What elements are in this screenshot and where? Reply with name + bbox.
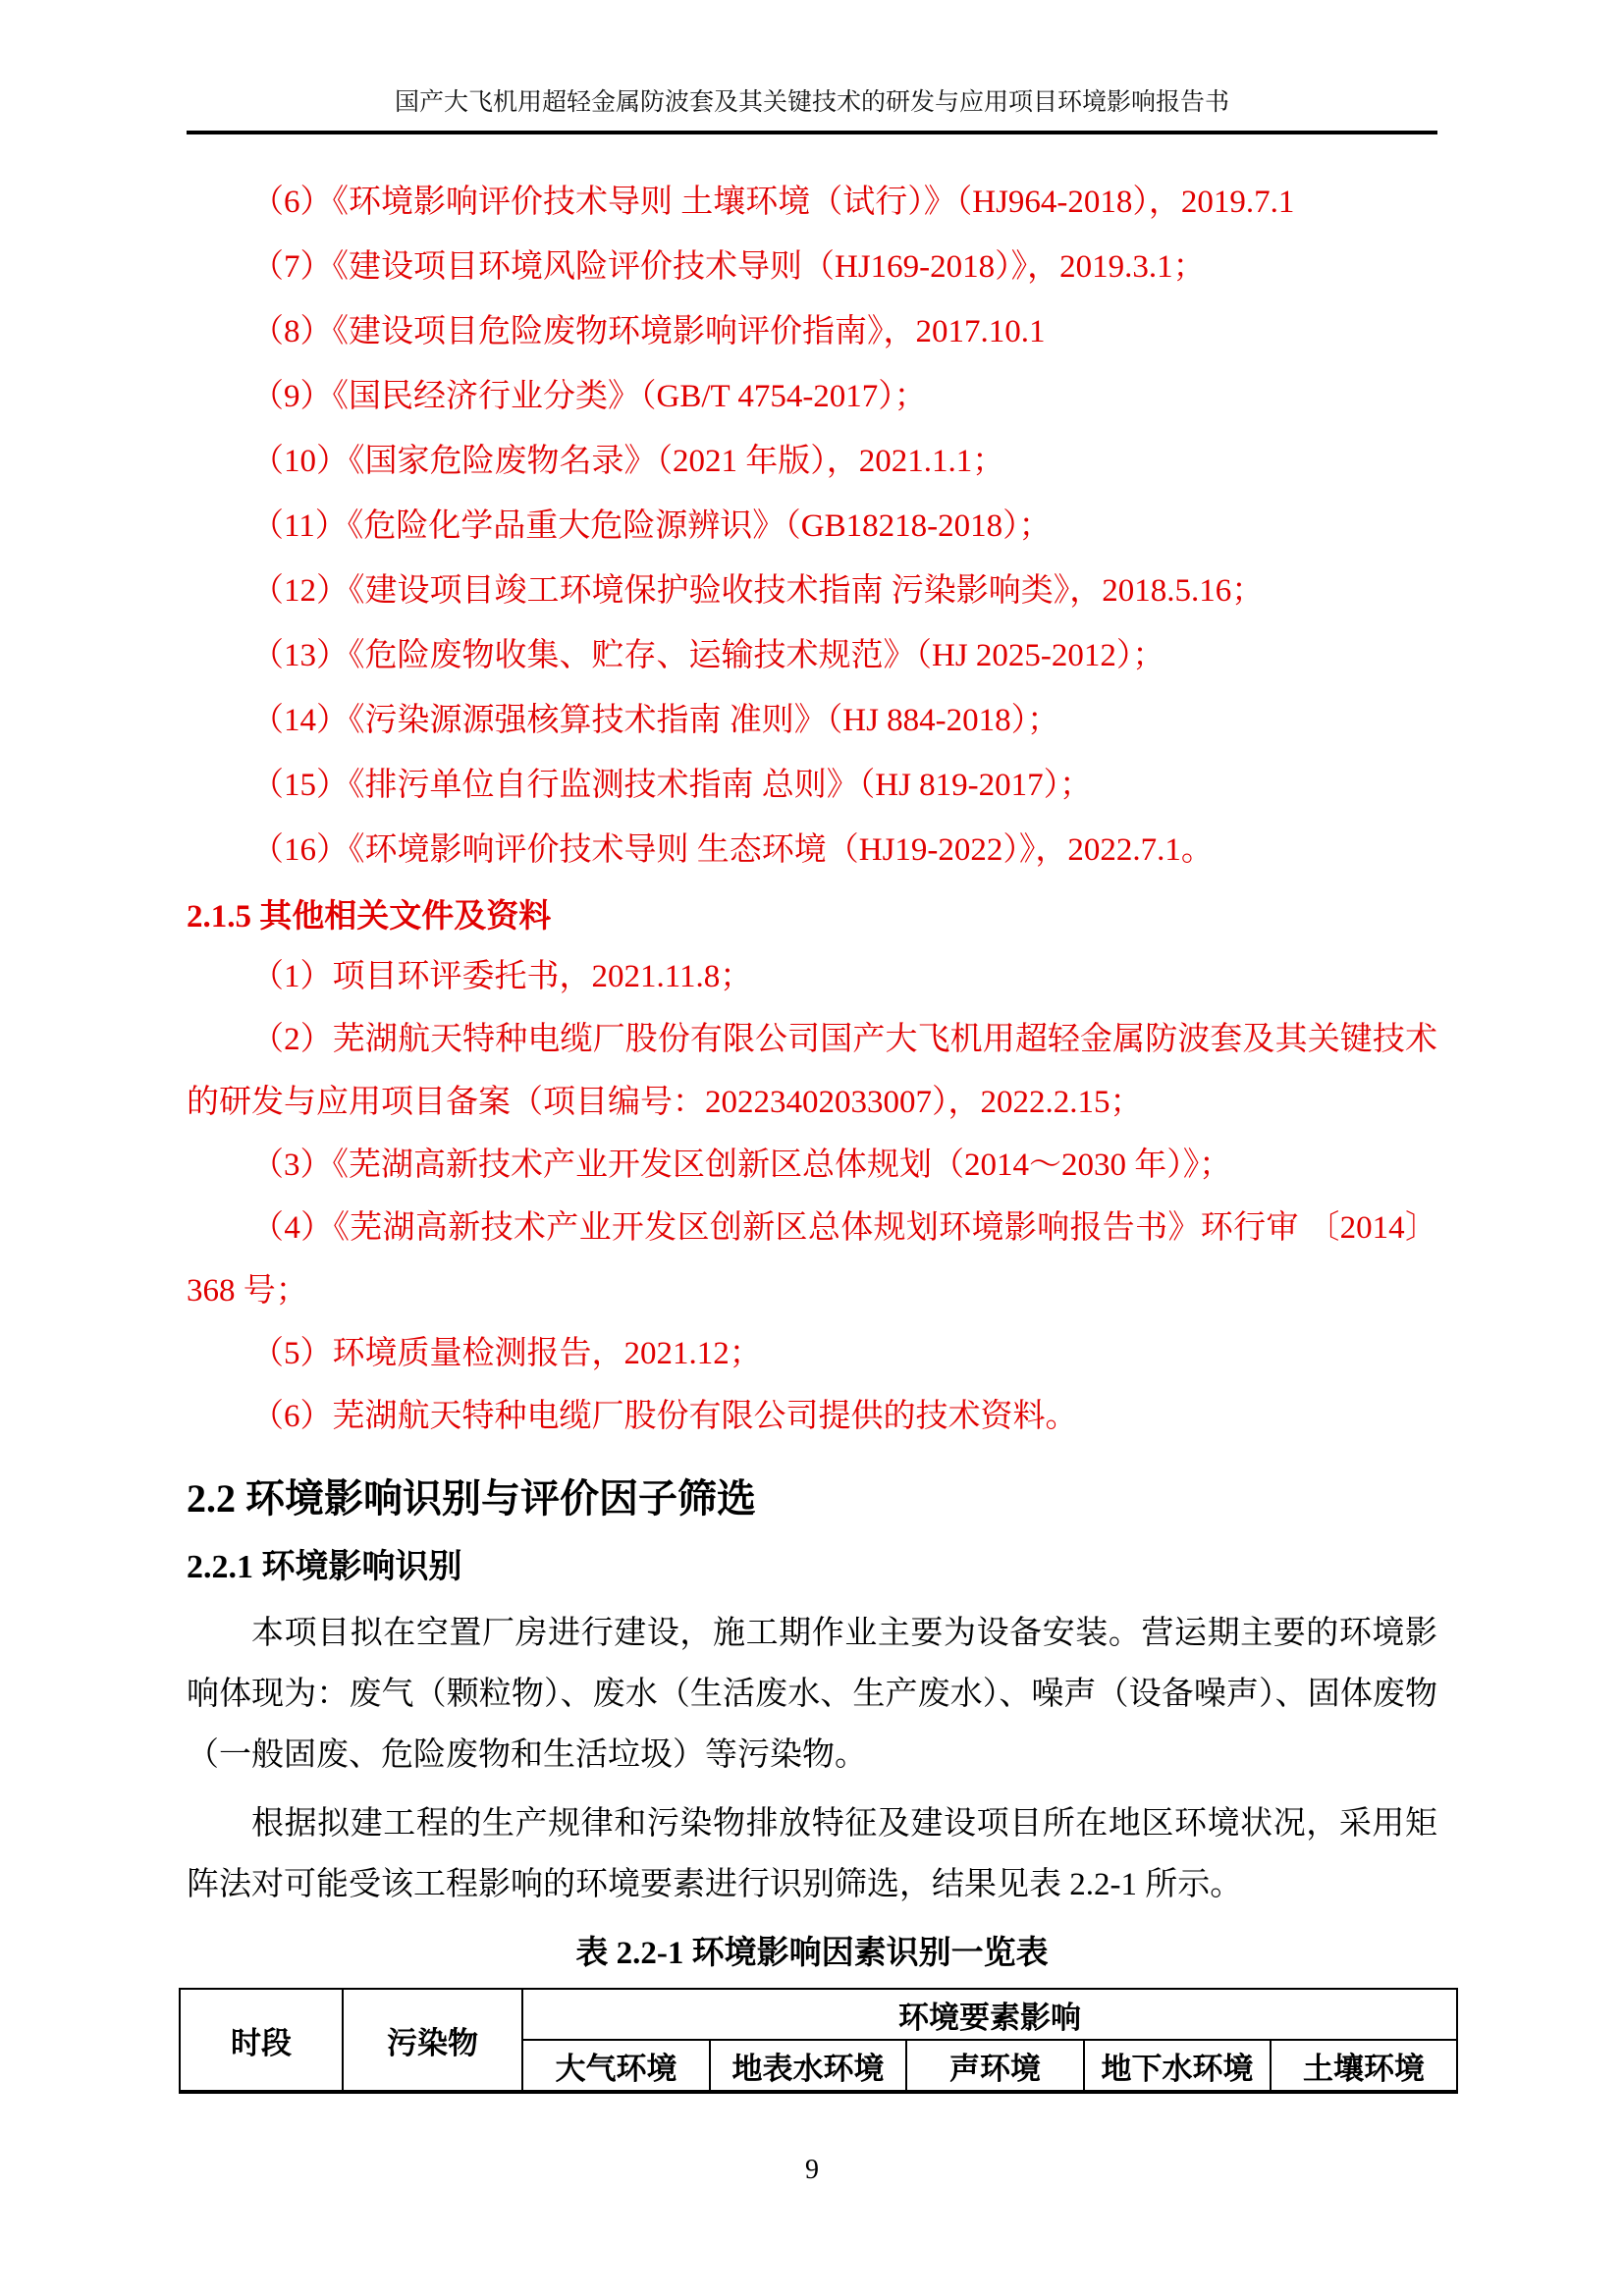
section-2-2-1-heading: 2.2.1 环境影响识别 [187,1546,1437,1589]
reference-item-13: （13）《危险废物收集、贮存、运输技术规范》（HJ 2025-2012）； [187,623,1437,688]
reference-item-11: （11）《危险化学品重大危险源辨识》（GB18218-2018）； [187,494,1437,559]
table-header-factor-groundwater: 地下水环境 [1084,2040,1271,2092]
document-item-1: （1）项目环评委托书，2021.11.8； [187,945,1437,1008]
reference-item-7: （7）《建设项目环境风险评价技术导则（HJ169-2018）》，2019.3.1… [187,235,1437,299]
reference-item-6: （6）《环境影响评价技术导则 土壤环境（试行）》（HJ964-2018），201… [187,170,1437,235]
reference-item-10: （10）《国家危险废物名录》（2021 年版），2021.1.1； [187,429,1437,494]
document-item-4: （4）《芜湖高新技术产业开发区创新区总体规划环境影响报告书》环行审 〔2014〕… [187,1197,1437,1322]
table-header-factor-noise: 声环境 [906,2040,1084,2092]
header-rule [187,131,1437,134]
document-item-2: （2）芜湖航天特种电缆厂股份有限公司国产大飞机用超轻金属防波套及其关键技术的研发… [187,1008,1437,1134]
reference-item-12: （12）《建设项目竣工环境保护验收技术指南 污染影响类》，2018.5.16； [187,559,1437,623]
reference-item-16: （16）《环境影响评价技术导则 生态环境（HJ19-2022）》，2022.7.… [187,818,1437,882]
reference-item-9: （9）《国民经济行业分类》（GB/T 4754-2017）； [187,364,1437,429]
reference-item-15: （15）《排污单位自行监测技术指南 总则》（HJ 819-2017）； [187,753,1437,818]
table-caption: 表 2.2-1 环境影响因素识别一览表 [187,1933,1437,1974]
reference-item-8: （8）《建设项目危险废物环境影响评价指南》，2017.10.1 [187,299,1437,364]
page-header-title: 国产大飞机用超轻金属防波套及其关键技术的研发与应用项目环境影响报告书 [0,0,1624,118]
document-item-5: （5）环境质量检测报告，2021.12； [187,1322,1437,1385]
body-paragraph-2: 根据拟建工程的生产规律和污染物排放特征及建设项目所在地区环境状况，采用矩阵法对可… [187,1793,1437,1915]
table-header-factor-surfacewater: 地表水环境 [710,2040,906,2092]
document-item-3: （3）《芜湖高新技术产业开发区创新区总体规划（2014～2030 年）》； [187,1134,1437,1197]
table-header-factor-soil: 土壤环境 [1271,2040,1457,2092]
table-header-period: 时段 [180,1989,343,2092]
table-header-factor-air: 大气环境 [522,2040,710,2092]
impact-factor-table: 时段 污染物 环境要素影响 大气环境 地表水环境 声环境 地下水环境 土壤环境 [179,1988,1458,2094]
document-page: 国产大飞机用超轻金属防波套及其关键技术的研发与应用项目环境影响报告书 （6）《环… [0,0,1624,2296]
page-number: 9 [0,2155,1624,2186]
document-item-6: （6）芜湖航天特种电缆厂股份有限公司提供的技术资料。 [187,1385,1437,1448]
body-paragraph-1: 本项目拟在空置厂房进行建设，施工期作业主要为设备安装。营运期主要的环境影响体现为… [187,1603,1437,1786]
section-2-2-heading: 2.2 环境影响识别与评价因子筛选 [187,1473,1437,1524]
reference-item-14: （14）《污染源源强核算技术指南 准则》（HJ 884-2018）； [187,688,1437,753]
page-content: （6）《环境影响评价技术导则 土壤环境（试行）》（HJ964-2018），201… [187,170,1437,2094]
table-header-group: 环境要素影响 [522,1989,1457,2040]
guideline-reference-list: （6）《环境影响评价技术导则 土壤环境（试行）》（HJ964-2018），201… [187,170,1437,882]
table-header-pollutant: 污染物 [343,1989,522,2092]
section-2-1-5-heading: 2.1.5 其他相关文件及资料 [187,894,1437,939]
related-documents-list: （1）项目环评委托书，2021.11.8； （2）芜湖航天特种电缆厂股份有限公司… [187,945,1437,1448]
